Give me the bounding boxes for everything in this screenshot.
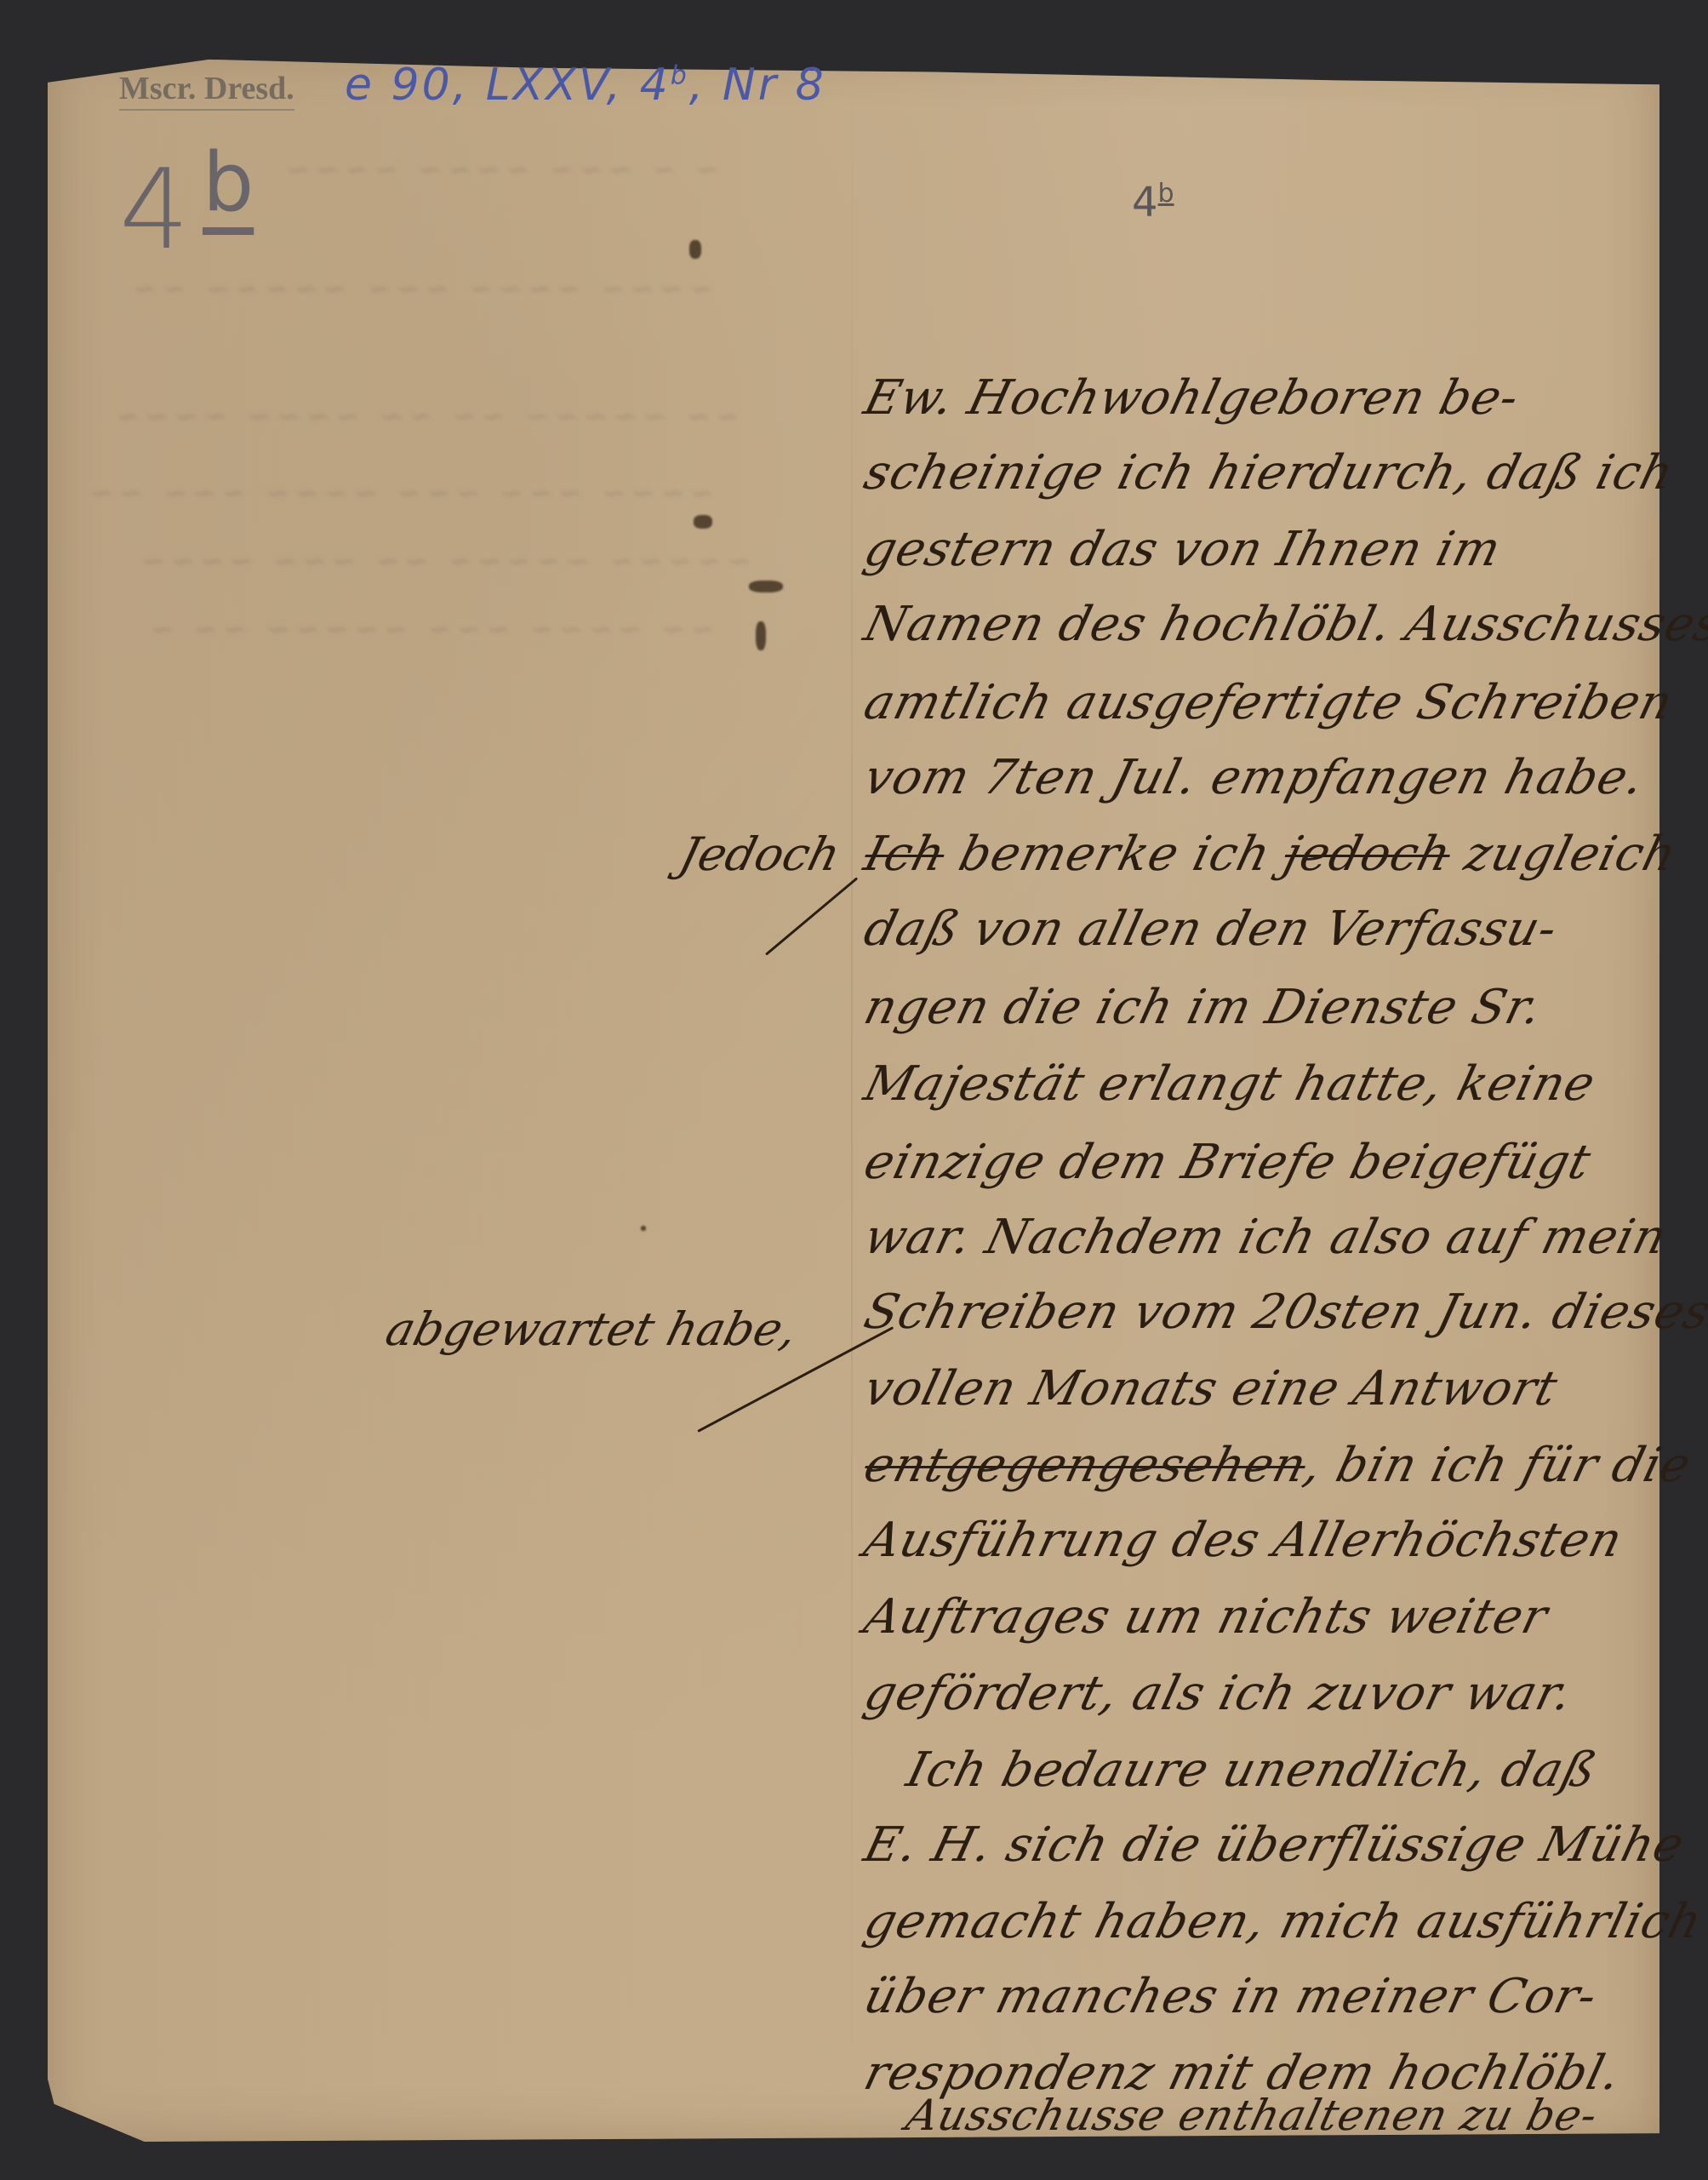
margin-insertion: Jedoch xyxy=(674,827,845,881)
struck-word: jedoch xyxy=(1278,827,1457,882)
folio-number-small: 4b xyxy=(1132,179,1174,226)
struck-word: Ich xyxy=(859,827,951,882)
bleed-through-text: ~~~~ ~~~ ~~~ ~~~~ ~~~ ~~ xyxy=(82,477,718,511)
letter-line: E. H. sich die überflüssige Mühe xyxy=(860,1822,1663,1869)
ink-blot xyxy=(694,515,712,529)
bleed-through-text: ~~~~ ~~~~ ~~~ ~~~~~ ~~ xyxy=(124,272,717,306)
bleed-through-text: ~~ ~~~~ ~~~ ~~~~~ ~~ ~ xyxy=(141,613,719,647)
letter-line: vollen Monats eine Antwort xyxy=(860,1365,1663,1413)
letter-line: scheinige ich hierdurch, daß ich xyxy=(860,449,1663,497)
letter-line: Majestät erlangt hatte, keine xyxy=(860,1061,1663,1108)
letter-line: einzige dem Briefe beigefügt xyxy=(860,1139,1663,1187)
shelfmark: e 90, LXXV, 4b, Nr 8 xyxy=(345,60,826,111)
letter-line: Schreiben vom 20sten Jun. dieses xyxy=(860,1289,1663,1336)
struck-word: entgegengesehen xyxy=(859,1438,1312,1493)
folio-number-large: 4 xyxy=(119,145,190,274)
letter-line: über manches in meiner Cor- xyxy=(860,1973,1663,2021)
folio-letter-large: b xyxy=(203,136,254,230)
letter-line: war. Nachdem ich also auf mein xyxy=(860,1214,1663,1262)
bleed-through-text: ~~ ~~~~~ ~~ ~~ ~~~~ ~~~~ xyxy=(107,400,744,434)
letter-line-corrected: Ich bemerke ich jedoch zugleich xyxy=(860,831,1663,878)
letter-line: Namen des hochlöbl. Ausschusses xyxy=(860,601,1663,649)
letter-line: gemacht haben, mich ausführlich xyxy=(860,1898,1663,1946)
ink-blot xyxy=(689,240,701,259)
bleed-through-text: ~~~~~ ~~~~~ ~~ ~~~ ~~~~ xyxy=(133,545,755,579)
ink-blot xyxy=(749,581,783,592)
ink-blot xyxy=(641,1226,646,1231)
paper-fold xyxy=(851,51,853,2142)
letter-line: Auftrages um nichts weiter xyxy=(860,1594,1663,1641)
letter-line: Ew. Hochwohlgeboren be- xyxy=(860,375,1663,422)
letter-line: daß von allen den Verfassu- xyxy=(860,906,1663,953)
archive-stamp: Mscr. Dresd. xyxy=(119,70,294,111)
letter-line: ngen die ich im Dienste Sr. xyxy=(860,984,1663,1032)
letter-line: gefördert, als ich zuvor war. xyxy=(860,1670,1663,1718)
letter-line: gestern das von Ihnen im xyxy=(860,526,1663,574)
margin-insertion: abgewartet habe, xyxy=(380,1302,803,1356)
bleed-through-text: ~ ~ ~~~ ~~~~ ~~~~ xyxy=(277,153,723,187)
letter-line: amtlich ausgefertigte Schreiben xyxy=(860,679,1663,727)
letter-line-corrected: entgegengesehen, bin ich für die xyxy=(860,1442,1663,1490)
letter-line: Ausführung des Allerhöchsten xyxy=(860,1517,1663,1565)
letter-line: vom 7ten Jul. empfangen habe. xyxy=(860,754,1663,802)
letter-line: Ich bedaure unendlich, daß xyxy=(902,1747,1705,1794)
ink-blot xyxy=(756,621,766,650)
